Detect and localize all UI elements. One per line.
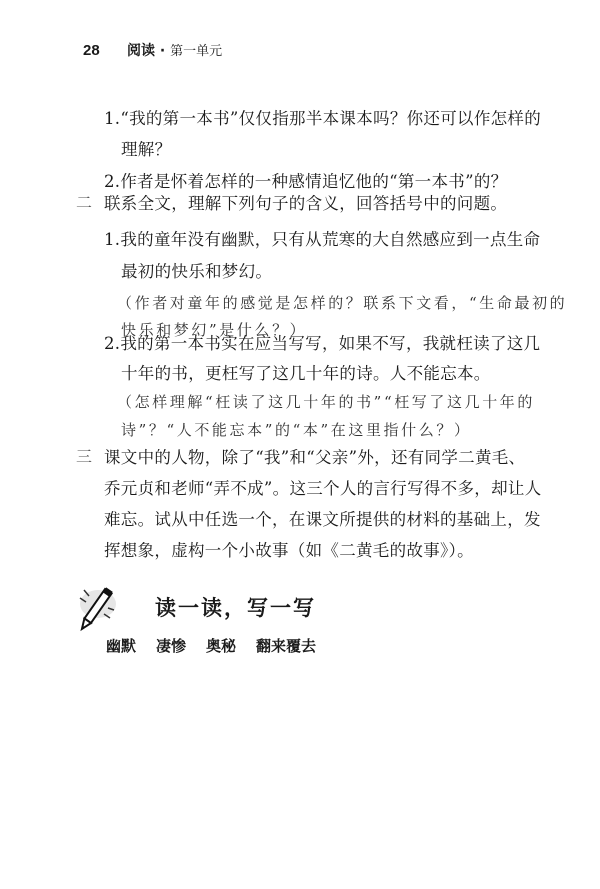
- question-1-2: 2.作者是怀着怎样的一种感情追忆他的“第一本书”的？: [104, 168, 507, 192]
- vocab-list: 幽默 凄惨 奥秘 翻来覆去: [106, 635, 316, 656]
- question-2-1-line-1: 1.我的童年没有幽默，只有从荒寒的大自然感应到一点生命: [104, 226, 540, 250]
- separator: ·: [160, 43, 165, 59]
- vocab-word: 奥秘: [206, 635, 236, 656]
- vocab-word: 翻来覆去: [256, 635, 316, 656]
- question-2-1-line-2: 最初的快乐和梦幻。: [121, 258, 272, 282]
- vocab-word: 凄惨: [156, 635, 186, 656]
- question-3-line-1: 课文中的人物，除了“我”和“父亲”外，还有同学二黄毛、: [104, 444, 525, 468]
- question-2-2-note-line-2: 诗”？“人不能忘本”的“本”在这里指什么？）: [121, 419, 472, 440]
- question-3-line-4: 挥想象，虚构一个小故事（如《二黄毛的故事》）。: [104, 537, 474, 561]
- question-2-2-line-2: 十年的书，更枉写了这几十年的诗。人不能忘本。: [121, 360, 491, 384]
- vocab-word: 幽默: [106, 635, 136, 656]
- question-2-1-note-line-1: （作者对童年的感觉是怎样的？联系下文看，“生命最初的: [117, 292, 567, 313]
- question-3-marker: 三: [76, 444, 92, 467]
- question-2-prompt: 联系全文，理解下列句子的含义，回答括号中的问题。: [104, 190, 507, 214]
- read-write-title: 读一读，写一写: [155, 592, 316, 622]
- pencil-icon: [68, 578, 132, 634]
- running-head: 阅读 · 第一单元: [127, 40, 222, 60]
- section-label: 阅读: [127, 43, 155, 59]
- unit-label: 第一单元: [170, 44, 222, 59]
- question-1-1-line-2: 理解？: [121, 136, 171, 160]
- question-3-line-3: 难忘。试从中任选一个，在课文所提供的材料的基础上，发: [104, 506, 541, 530]
- question-3-line-2: 乔元贞和老师“弄不成”。这三个人的言行写得不多，却让人: [104, 475, 541, 499]
- question-2-marker: 二: [76, 190, 92, 213]
- question-1-1-line-1: 1.“我的第一本书”仅仅指那半本课本吗？你还可以作怎样的: [104, 105, 541, 129]
- question-2-2-note-line-1: （怎样理解“枉读了这几十年的书”“枉写了这几十年的: [117, 391, 535, 412]
- page-number: 28: [83, 42, 127, 59]
- question-2-2-line-1: 2.我的第一本书实在应当写写，如果不写，我就枉读了这几: [104, 330, 540, 354]
- page-header: 28 阅读 · 第一单元: [83, 40, 222, 60]
